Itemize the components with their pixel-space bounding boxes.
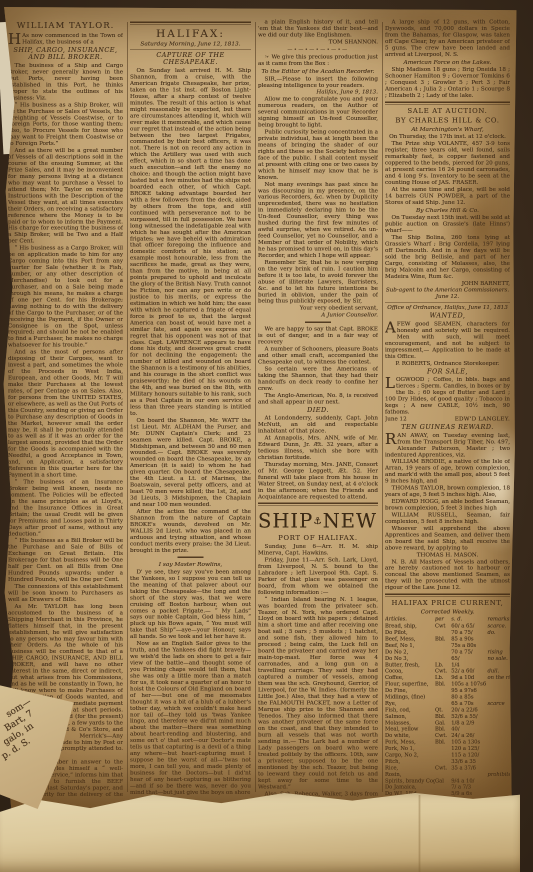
block-p: The Ship Bolina, 260 tons lying at Grass…: [385, 234, 510, 279]
block-p: WILLIAM RUSSELL, Seaman, fair complexion…: [385, 512, 510, 525]
column-editor-letter-shipnews: a plain English history of it, and tell …: [258, 19, 378, 797]
block-drop: A FEW good SEAMEN, characters for honest…: [385, 321, 510, 360]
block-p: Not many evenings has past since he was …: [258, 181, 378, 259]
fold-crease: [418, 795, 421, 872]
block-p: Public curiosity being concentrated in a…: [258, 129, 378, 181]
block-p: “ His business as a Cargo Broker, will b…: [8, 245, 123, 349]
block-drule: [130, 22, 251, 26]
block-shortrule: [305, 322, 331, 324]
block-p: “ His business as a Ship Broker, will be…: [8, 102, 123, 147]
block-h2: At Marchington's Wharf,: [385, 126, 510, 133]
block-p: Allow me to congratulate you and your nu…: [258, 96, 378, 128]
block-h2caps: SHIP, CARGO, INSURANCE, AND BILL BROKER.: [8, 47, 123, 62]
block-p: At Londonderry, suddenly, Capt. John McN…: [258, 415, 378, 434]
drop-cap: H: [8, 32, 22, 45]
price-cell: 5/9 a 6s: [451, 791, 487, 797]
drop-cap: R: [385, 432, 397, 445]
block-drule: [385, 101, 510, 105]
block-h2: Corrected Weekly.: [385, 608, 510, 615]
block-p-italic: Sub-agent to the American Commissioners.…: [385, 287, 510, 300]
sailor-letter-opening: I say Master Rowlins,: [130, 561, 251, 568]
block-drop: LOGWOOD ; Coffee, in bbls. bags and tier…: [385, 377, 510, 416]
block-p: “ Indian Island bearing N. 1 league, was…: [258, 596, 378, 790]
newspaper-columns: WILLIAM TAYLOR.HAs now commenced in the …: [5, 19, 513, 802]
newspaper-page: WILLIAM TAYLOR.HAs now commenced in the …: [1, 7, 518, 809]
block-p: At Annapolis, Mrs. ANN, wife of Mr. Edwa…: [258, 435, 378, 461]
block-p: N. B. All Masters of Vessels and others,…: [385, 559, 510, 591]
price-table-header: Articles.pers. d.remarks.: [385, 616, 510, 622]
block-orn: —•—•—•—•—•—: [258, 47, 378, 53]
block-p: At the same time and place, will be sold…: [385, 186, 510, 205]
masthead-halifax: HALIFAX:: [130, 28, 251, 40]
block-p: The connexions of this establishment wil…: [8, 584, 123, 603]
column-rule: [382, 22, 383, 792]
block-drop: HAs now commenced in the Town of Halifax…: [8, 32, 123, 45]
block-drule: [385, 594, 510, 598]
sale-at-auction-heading: SALE AT AUCTION.: [385, 107, 510, 115]
block-p: After the action the command of the Shan…: [130, 508, 251, 553]
table-header-cell: Articles.: [385, 616, 435, 622]
block-p: EDWARD HOGG, an able bodied Seaman, brow…: [385, 499, 510, 512]
chesapeake-headline: CAPTURE OF THE CHESAPEAKE.: [130, 52, 251, 67]
wanted-heading: WANTED,: [385, 313, 510, 320]
lakes-force-heading: American Force on the Lakes.: [385, 59, 510, 66]
paragraph-text: FEW good SEAMEN, characters for honesty …: [385, 321, 510, 360]
block-p: Sunday, June 6—Arr. H. M. ship Minerva, …: [258, 544, 378, 557]
block-p: On board the Shannon, Mr. WATT the 1st L…: [130, 417, 251, 508]
block-p: On Sunday last arrived H. M. Ship Shanno…: [130, 68, 251, 417]
column-rule: [255, 22, 256, 792]
block-p: “ The business of an Insurance Broker be…: [8, 479, 123, 537]
price-current-heading: HALIFAX PRICE CURRENT,: [385, 600, 510, 608]
mason-signature: THOMAS H. MASON.: [385, 552, 510, 558]
signature-label: EDW'D LANGLEY.: [455, 416, 510, 422]
ship-anchor-icon: ⚓: [313, 516, 323, 527]
price-current-table: Articles.pers. d.remarks.Bread, ship,Cwt…: [385, 616, 510, 797]
table-header-cell: remarks.: [488, 616, 511, 622]
photographed-newspaper-scene: WILLIAM TAYLOR.HAs now commenced in the …: [0, 0, 533, 872]
block-p: The Prize ship VOLANTE, 457 3-9 tons reg…: [385, 141, 510, 186]
block-duo: June 12EDW'D LANGLEY.: [385, 416, 510, 422]
port-of-halifax-heading: PORT OF HALIFAX.: [258, 535, 378, 543]
block-p: ☞ We give this precious production just …: [258, 54, 378, 67]
block-drule: [258, 503, 378, 507]
charles-hill-heading: BY CHARLES HILL & CO.: [385, 117, 510, 125]
block-pc: P. ROBERTS, Ordnance Storekeeper.: [385, 360, 510, 366]
block-p: Remember Sir, that he is now verging on …: [258, 259, 378, 304]
editor-address: To the Editor of the Acadian Recorder.: [258, 68, 378, 75]
block-p: We are happy to say that Capt. BROKE is …: [258, 326, 378, 345]
block-p: SIR,—Please to insert the following plea…: [258, 76, 378, 89]
block-p: Now as an English Sailor gives to the tr…: [130, 641, 251, 796]
column-auctions-prices: A large ship of 12 guns, with Cotton, Dy…: [385, 19, 510, 797]
block-h2: By Charles Hill & Co.: [385, 207, 510, 214]
reward-heading: TEN GUINEAS REWARD.: [385, 424, 510, 431]
masthead-dateline: Saturday Morning, June 12, 1813.: [130, 41, 251, 48]
died-heading: DIED.: [258, 407, 378, 414]
block-p: On Tuesday next 15th inst. will be sold …: [385, 215, 510, 234]
block-rule: [385, 302, 510, 303]
block-p: A large ship of 12 guns, with Cotton, Dy…: [385, 19, 510, 58]
block-p: A number of Schooners, pleasure Boats an…: [258, 346, 378, 365]
block-p: THOMAS TAYLOR, brown complexion, 18 year…: [385, 485, 510, 498]
block-p: And as there will be a great number of V…: [8, 148, 123, 245]
ship-news-banner: SHIP⚓NEWS: [258, 510, 378, 533]
drop-cap: A: [385, 321, 397, 334]
block-shortrule: [178, 557, 204, 559]
for-sale-heading: FOR SALE,: [385, 368, 510, 375]
drop-cap: L: [385, 377, 396, 390]
date-label: June 12: [385, 416, 407, 422]
block-p-italic: Office of Ordnance, Halifax, June 11, 18…: [385, 305, 510, 311]
block-p: Friday, June 11—Arr. Sch. Lark, Lloyd, f…: [258, 557, 378, 596]
block-p: Whoever will apprehend the above Apprent…: [385, 525, 510, 551]
block-p: WILLIAM BRODIE, a native of the Isle of …: [385, 459, 510, 485]
block-rule: [130, 49, 251, 50]
block-p: So certain were the Americans of taking …: [258, 366, 378, 392]
junior-counsellor-signature: A Junior Counsellor.: [258, 312, 378, 318]
paragraph-text: OGWOOD ; Coffee, in bbls. bags and tierc…: [385, 376, 510, 415]
column-halifax-news: HALIFAX:Saturday Morning, June 12, 1813.…: [130, 19, 251, 797]
table-header-cell: s. d.: [451, 616, 487, 622]
block-p: Ship Madison 18 guns ; Brig Oneida 18 ; …: [385, 67, 510, 99]
paragraph-text: AN AWAY, on Tuesday evening last, from t…: [385, 432, 510, 458]
column-taylor-advertisement: WILLIAM TAYLOR.HAs now commenced in the …: [8, 19, 123, 797]
block-p: “ His business as a Bill Broker will be …: [8, 538, 123, 583]
block-p: Thursday morning, Mrs. JANE, Consort of …: [258, 461, 378, 500]
shipnews-word-left: SHIP: [258, 510, 313, 533]
taylor-ad-headline: WILLIAM TAYLOR.: [8, 21, 123, 31]
column-rule: [127, 22, 128, 792]
block-p: The business of a Ship and Cargo Broker,…: [8, 63, 123, 102]
block-p: a plain English history of it, and tell …: [258, 19, 378, 38]
block-p: And as the most of persons after disposi…: [8, 349, 123, 478]
table-header-cell: per: [435, 616, 451, 622]
paragraph-text: As now commenced in the Town of Halifax,…: [22, 32, 123, 45]
block-p: D' ye see, they say you've been among th…: [130, 569, 251, 640]
shipnews-word-right: NEWS: [323, 510, 378, 533]
block-drop: RAN AWAY, on Tuesday evening last, from …: [385, 432, 510, 458]
tom-shannon-signature: TOM SHANNON.: [258, 39, 378, 45]
block-p: The Anglo-American, No. 8, is received a…: [258, 392, 378, 405]
